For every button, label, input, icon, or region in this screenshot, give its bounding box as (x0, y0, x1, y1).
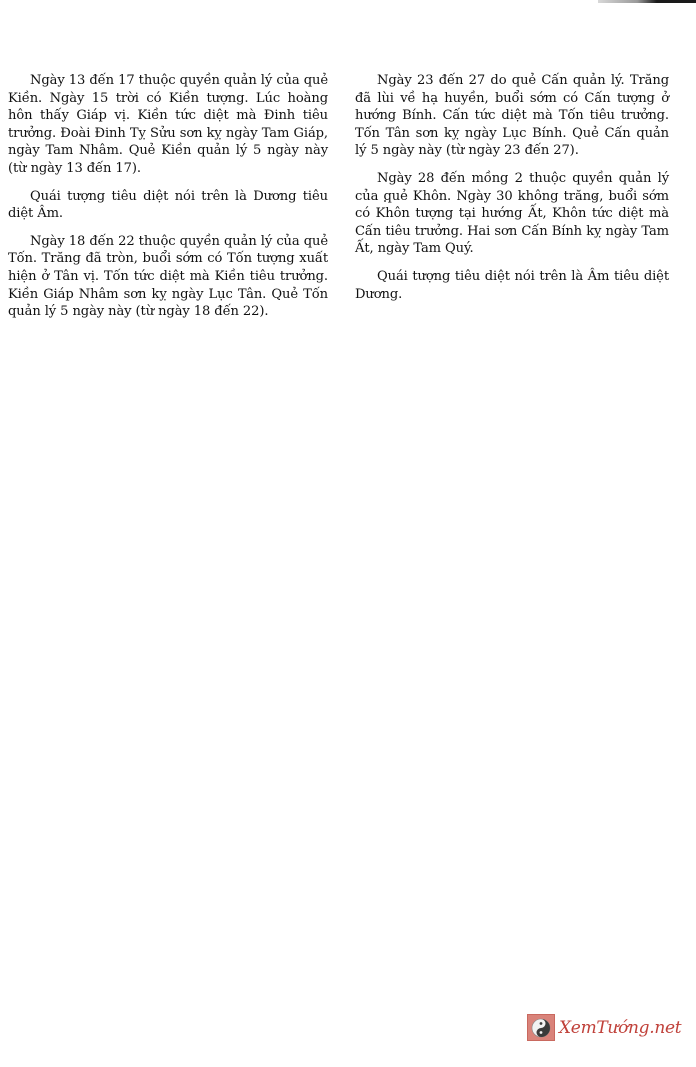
left-column: Ngày 13 đến 17 thuộc quyền quản lý của q… (8, 72, 328, 331)
paragraph: Quái tượng tiêu diệt nói trên là Dương t… (8, 188, 328, 223)
paragraph: Quái tượng tiêu diệt nói trên là Âm tiêu… (355, 268, 669, 303)
scan-speck (594, 196, 596, 198)
right-column: Ngày 23 đến 27 do quẻ Cấn quản lý. Trăng… (355, 72, 669, 313)
paragraph: Ngày 13 đến 17 thuộc quyền quản lý của q… (8, 72, 328, 178)
scan-speck (384, 200, 386, 202)
scan-edge-line (598, 0, 696, 3)
watermark: XemTướng.net (527, 1014, 681, 1041)
yin-yang-icon (527, 1014, 555, 1041)
paragraph: Ngày 23 đến 27 do quẻ Cấn quản lý. Trăng… (355, 72, 669, 160)
paragraph: Ngày 28 đến mồng 2 thuộc quyền quản lý c… (355, 170, 669, 258)
watermark-text: XemTướng.net (559, 1018, 681, 1038)
paragraph: Ngày 18 đến 22 thuộc quyền quản lý của q… (8, 233, 328, 321)
